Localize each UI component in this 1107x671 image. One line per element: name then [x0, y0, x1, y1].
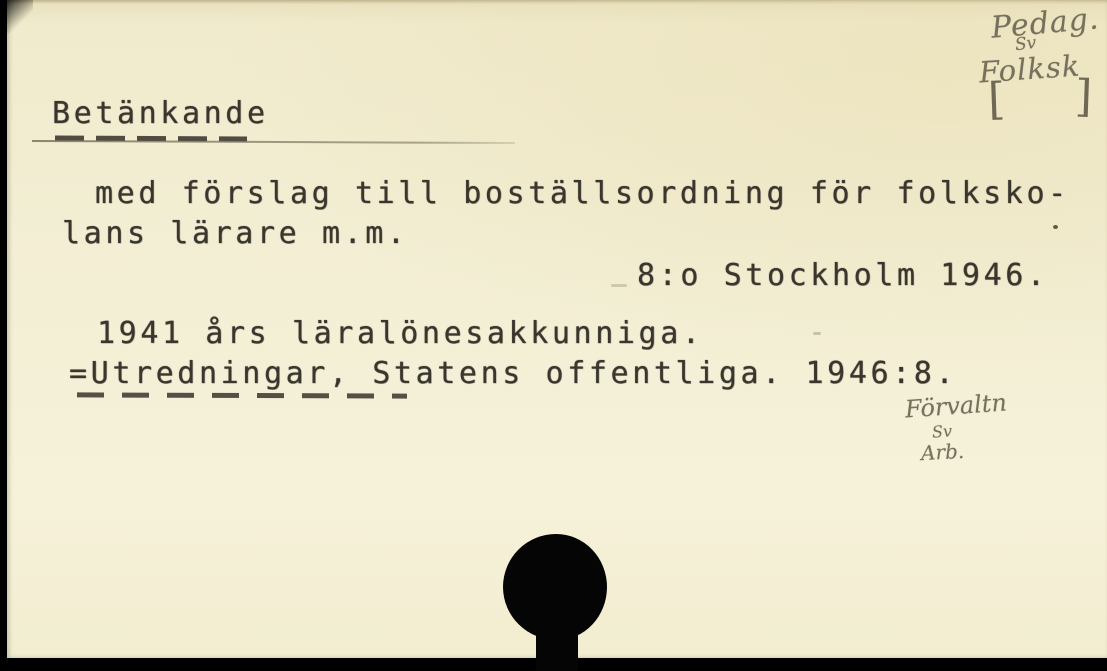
hole-punch-slot [536, 610, 578, 671]
handwritten-note-pedag: Pedag. [990, 1, 1101, 45]
series-line: =Utredningar, Statens offentliga. 1946:8… [69, 356, 957, 392]
card-heading: Betänkande [52, 96, 269, 132]
handwritten-note-arb: Arb. [920, 439, 964, 465]
pencil-rule-line [32, 140, 515, 144]
title-line-2: lans lärare m.m. [62, 216, 409, 252]
ink-smudge [813, 332, 821, 335]
imprint-line: 8:o Stockholm 1946. [637, 258, 1049, 294]
scanned-catalog-card-image: Pedag. Sv Folksk [ ] Betänkande med förs… [0, 0, 1107, 671]
handwritten-note-forvaltn: Förvaltn [904, 388, 1008, 423]
title-line-1: med förslag till boställsordning för fol… [95, 176, 1070, 212]
handwritten-bracket-left: [ [987, 80, 1006, 121]
scan-corner-shadow [7, 0, 33, 34]
committee-line: 1941 års läralönesakkunniga. [97, 316, 704, 352]
ink-speck [1053, 225, 1058, 229]
handwritten-bracket-right: ] [1074, 77, 1093, 118]
series-dashed-underline [77, 392, 407, 398]
ink-smudge [611, 284, 627, 287]
